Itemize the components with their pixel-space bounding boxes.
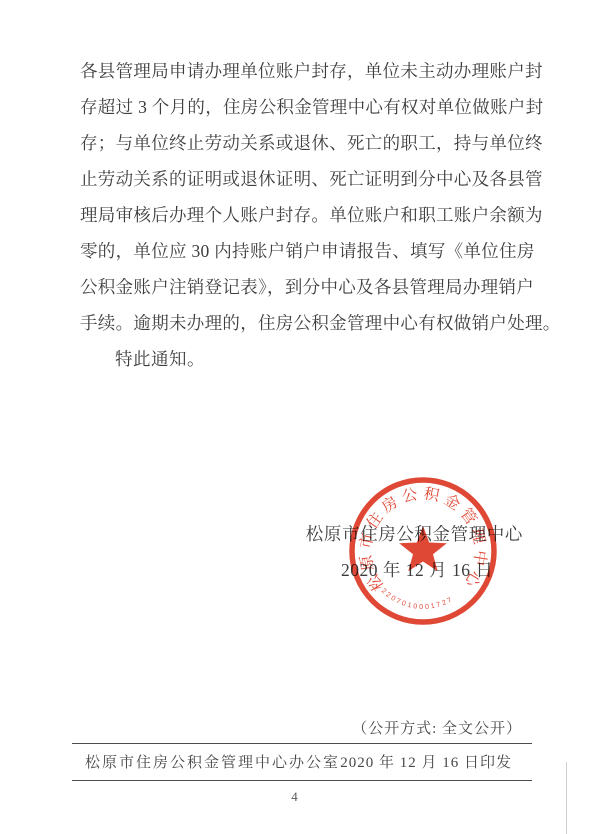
- publicity-method-line: （公开方式: 全文公开）: [352, 717, 522, 738]
- footer-rule-bottom: [72, 780, 532, 781]
- official-seal: 松原市住房公积金管理中心 2207010001727: [345, 473, 501, 629]
- closing-line: 特此通知。: [80, 341, 524, 377]
- page-number: 4: [0, 789, 589, 805]
- body-line: 理局审核后办理个人账户封存。单位账户和职工账户余额为: [80, 197, 524, 233]
- seal-code-text: 2207010001727: [380, 588, 455, 611]
- scan-edge-artifact: [566, 762, 567, 834]
- footer-issuer: 松原市住房公积金管理中心办公室: [85, 751, 340, 772]
- body-line: 零的，单位应 30 内持账户销户申请报告、填写《单位住房: [80, 233, 524, 269]
- footer-rule-top: [72, 743, 532, 744]
- document-page: 各县管理局申请办理单位账户封存，单位未主动办理账户封 存超过 3 个月的，住房公…: [0, 0, 589, 834]
- body-line: 各县管理局申请办理单位账户封存，单位未主动办理账户封: [80, 53, 524, 89]
- body-line: 公积金账户注销登记表》，到分中心及各县管理局办理销户: [80, 269, 524, 305]
- footer-row: 松原市住房公积金管理中心办公室 2020 年 12 月 16 日印发: [72, 751, 532, 772]
- body-line: 存超过 3 个月的，住房公积金管理中心有权对单位做账户封: [80, 89, 524, 125]
- body-line: 存；与单位终止劳动关系或退休、死亡的职工，持与单位终: [80, 125, 524, 161]
- seal-star-icon: [399, 526, 447, 571]
- body-line: 止劳动关系的证明或退休证明、死亡证明到分中心及各县管: [80, 161, 524, 197]
- body-line: 手续。逾期未办理的，住房公积金管理中心有权做销户处理。: [80, 305, 524, 341]
- body-paragraph: 各县管理局申请办理单位账户封存，单位未主动办理账户封 存超过 3 个月的，住房公…: [80, 53, 524, 377]
- footer-print-date: 2020 年 12 月 16 日印发: [340, 751, 512, 772]
